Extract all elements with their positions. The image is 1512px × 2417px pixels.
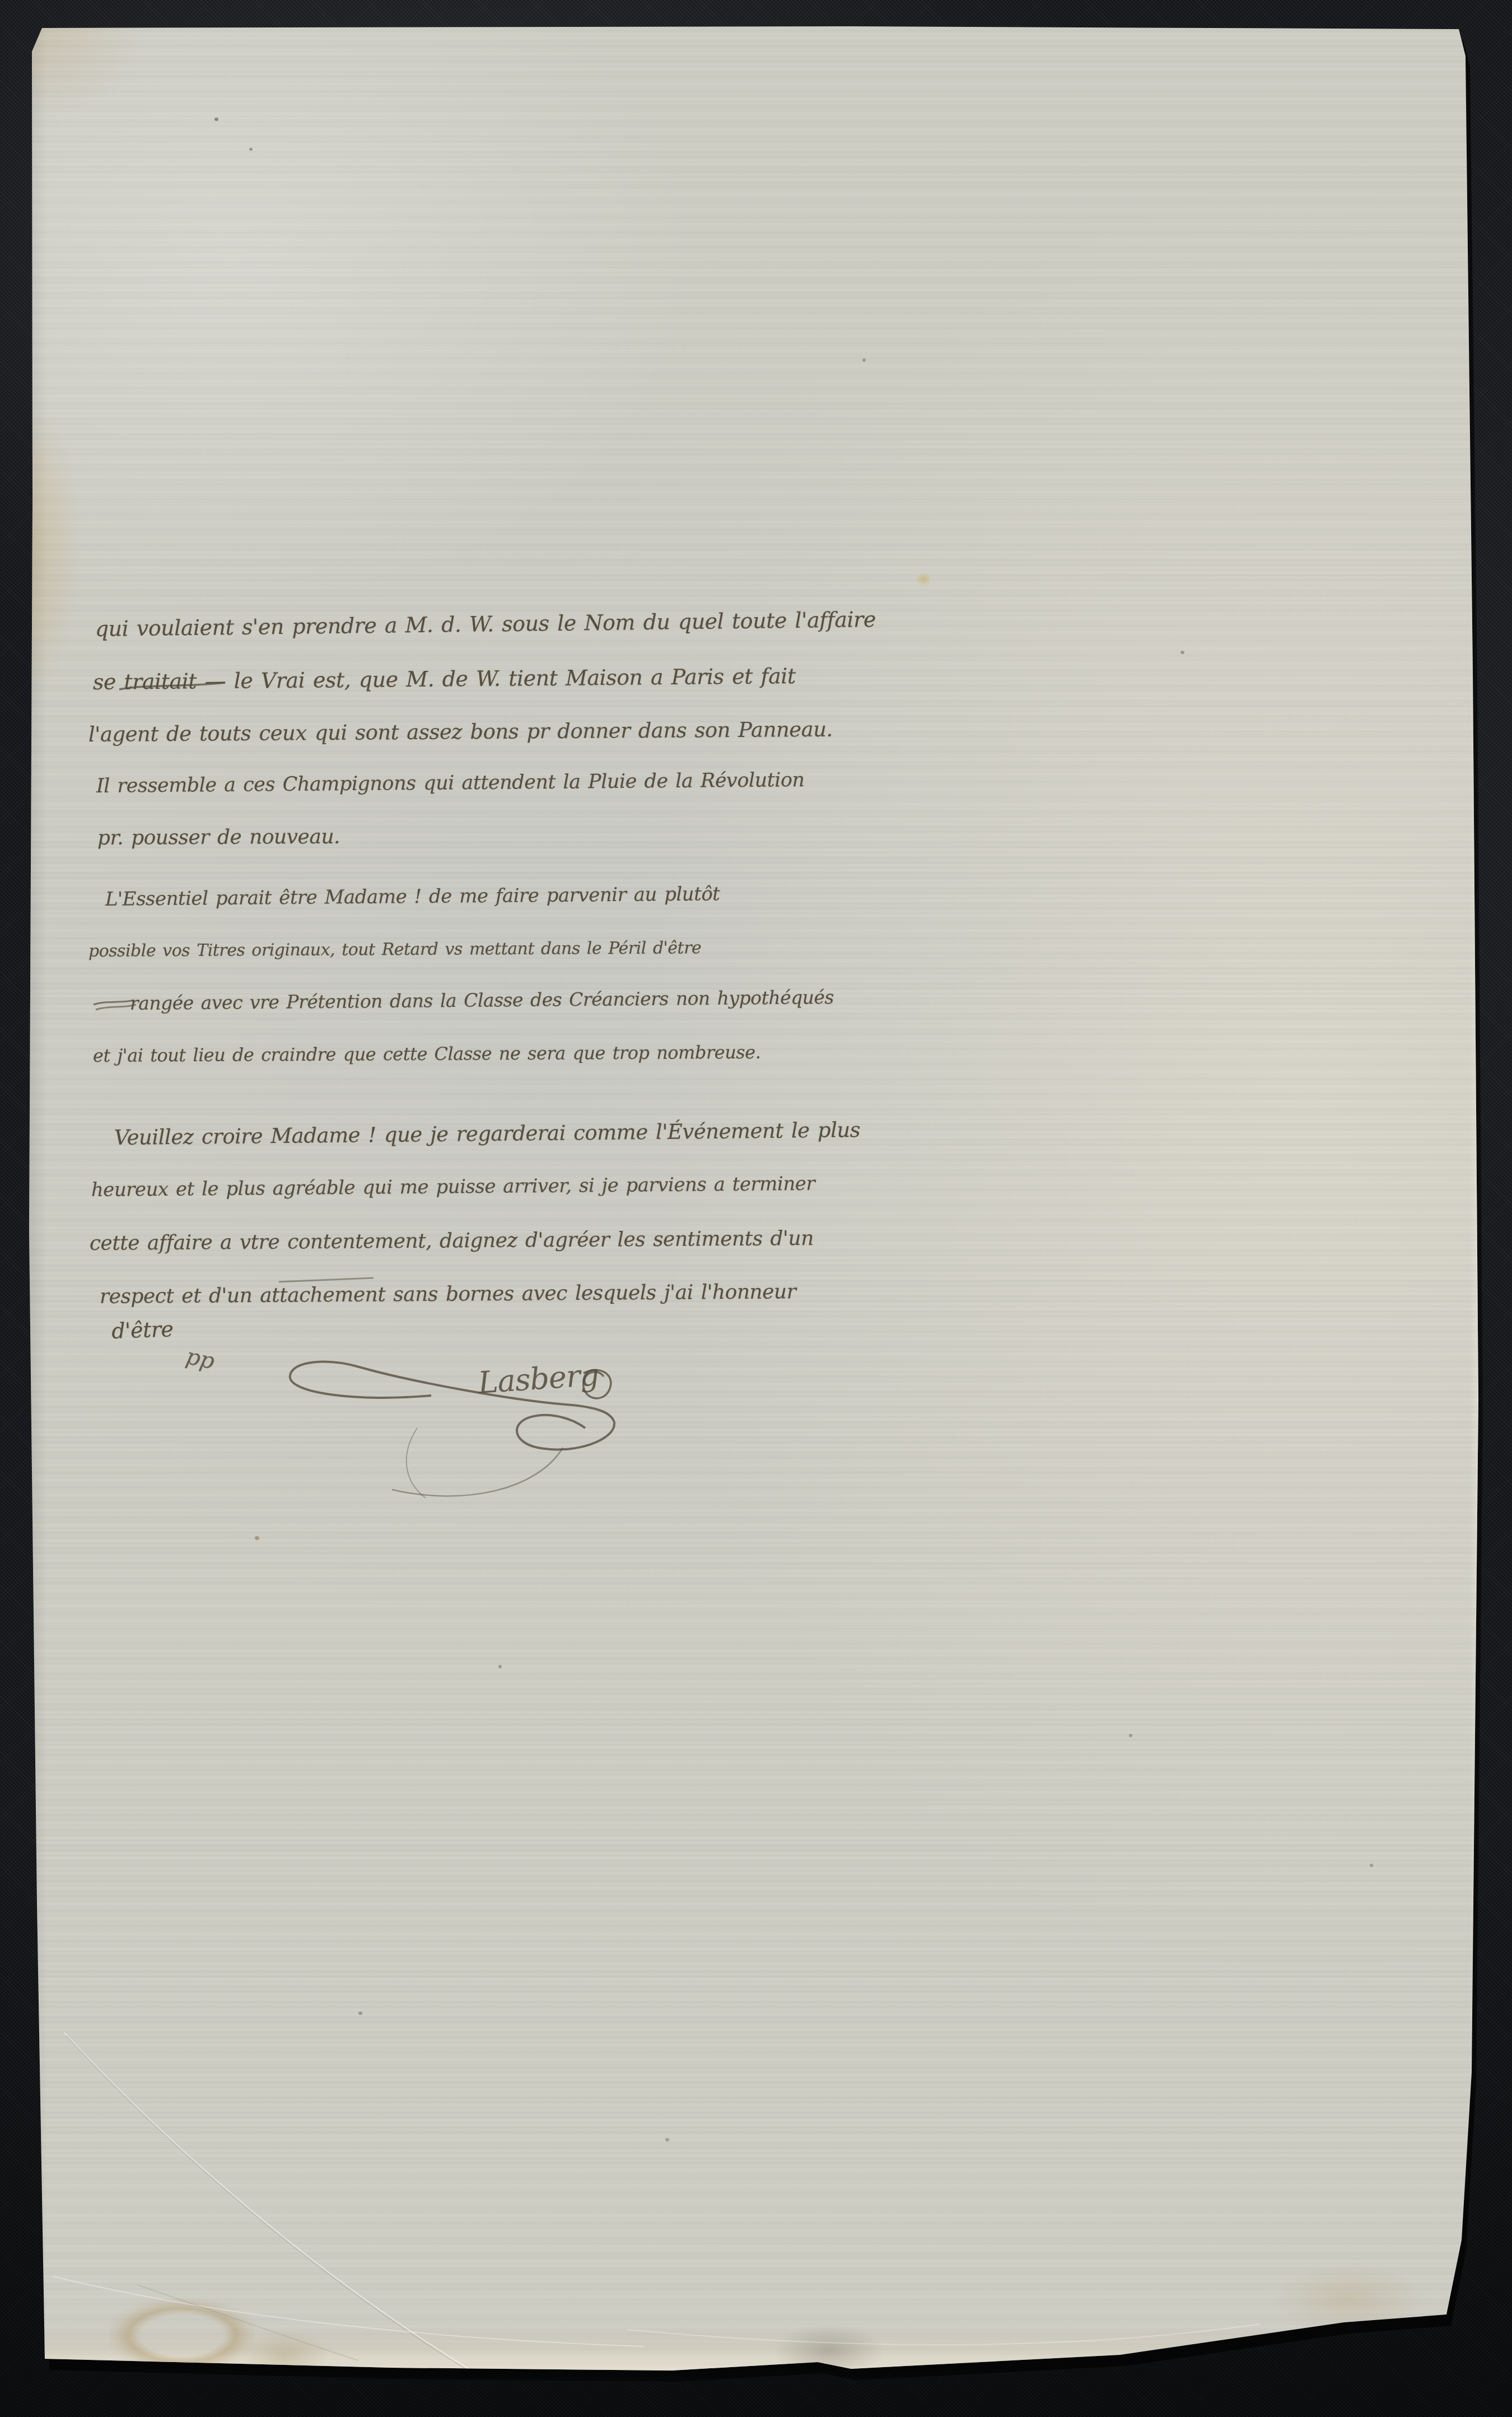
signature-flourish: Lasberg bbox=[224, 1322, 840, 1714]
photo-frame: { "letter": { "lines": [ "qui voulaient … bbox=[0, 0, 1512, 2417]
ink-strike-marks bbox=[0, 0, 1512, 2417]
signature-text: Lasberg bbox=[477, 1357, 600, 1401]
